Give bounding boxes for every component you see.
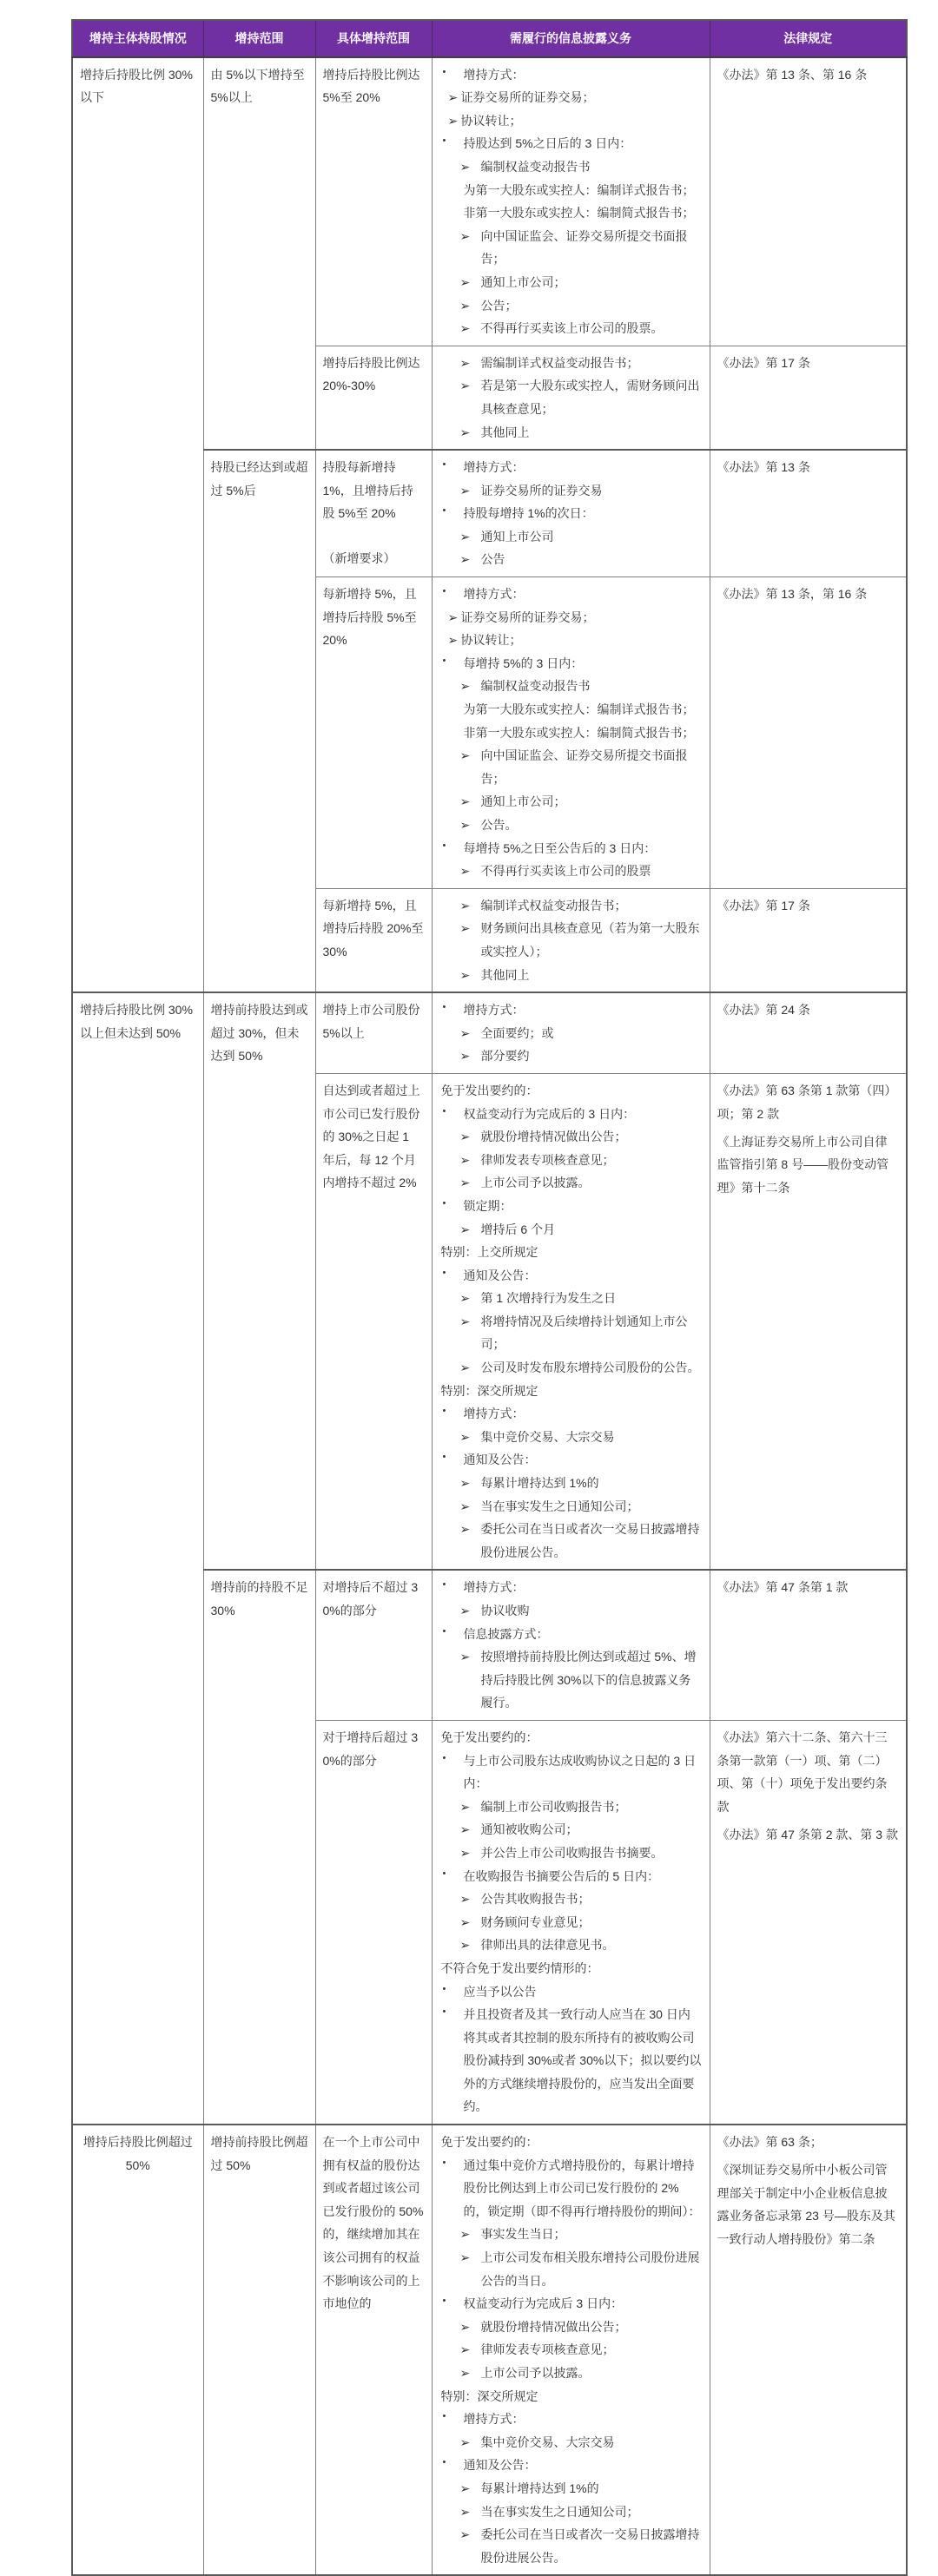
bullet-icon: • xyxy=(443,1576,464,1594)
obligation-line: ➢编制权益变动报告书 xyxy=(439,675,703,698)
obligation-line: •持股达到 5%之日后的 3 日内： xyxy=(439,132,703,155)
column-header-1: 增持主体持股情况 xyxy=(72,20,203,57)
obligation-line: •增持方式： xyxy=(439,1402,703,1426)
arrow-icon: ➢ xyxy=(460,1645,481,1669)
obligation-line: •权益变动行为完成后的 3 日内： xyxy=(439,1103,703,1126)
arrow-icon: ➢ xyxy=(460,1518,481,1541)
obligation-line: •信息披露方式： xyxy=(439,1623,703,1646)
arrow-icon: ➢ xyxy=(460,2431,481,2454)
arrow-icon: ➢ xyxy=(460,548,481,571)
obligation-text: 非第一大股东或实控人：编制简式报告书； xyxy=(464,721,703,745)
text-line: 自达到或者超过上市公司已发行股份的 30%之日起 1 年后，每 12 个月内增持… xyxy=(323,1079,425,1195)
bullet-icon: • xyxy=(443,1980,464,1999)
obligation-line: 为第一大股东或实控人：编制详式报告书； xyxy=(439,698,703,721)
obligation-text: 通知上市公司 xyxy=(481,525,703,549)
obligation-line: ➢编制详式权益变动报告书； xyxy=(439,894,703,918)
obligation-text: 编制上市公司收购报告书； xyxy=(481,1795,703,1819)
obligations-cell: •增持方式：➢证券交易所的证券交易•持股每增持 1%的次日：➢通知上市公司➢公告 xyxy=(432,450,710,576)
obligation-line: ➢通知上市公司 xyxy=(439,525,703,549)
text-line: 增持后持股比例达 20%-30% xyxy=(323,352,425,398)
obligation-line: •增持方式： xyxy=(439,998,703,1022)
arrow-icon: ➢ xyxy=(448,109,461,133)
arrow-icon: ➢ xyxy=(460,1599,481,1623)
specific-cell: 持股每新增持 1%，且增持后持股 5%至 20%（新增要求） xyxy=(315,450,432,576)
obligation-text: 当在事实发生之日通知公司； xyxy=(481,2500,703,2524)
specific-cell: 对于增持后超过 30%的部分 xyxy=(315,1720,432,2125)
obligations-cell: ➢需编制详式权益变动报告书；➢若是第一大股东或实控人，需财务顾问出具核查意见；➢… xyxy=(432,346,710,450)
arrow-icon: ➢ xyxy=(460,1149,481,1172)
obligation-text: 事实发生当日； xyxy=(481,2223,703,2246)
obligation-text: 通知及公告： xyxy=(464,1264,703,1288)
obligation-text: 持股达到 5%之日后的 3 日内： xyxy=(464,132,703,155)
obligation-line: ➢就股份增持情况做出公告； xyxy=(439,1125,703,1149)
obligation-text: 就股份增持情况做出公告； xyxy=(481,2316,703,2339)
bullet-icon: • xyxy=(443,1402,464,1420)
arrow-icon: ➢ xyxy=(460,317,481,340)
obligation-text: 向中国证监会、证券交易所提交书面报告； xyxy=(481,744,703,790)
header-row: 增持主体持股情况增持范围具体增持范围需履行的信息披露义务法律规定 xyxy=(72,20,907,57)
obligation-text: 通过集中竞价方式增持股份的，每累计增持股份比例达到上市公司已发行股份的 2%的，… xyxy=(464,2154,703,2224)
specific-cell: 在一个上市公司中拥有权益的股份达到或者超过该公司已发行股份的 50%的，继续增加… xyxy=(315,2125,432,2575)
law-text: 《办法》第 63 条； xyxy=(717,2131,900,2154)
obligation-line: ➢通知被收购公司； xyxy=(439,1818,703,1841)
obligation-line: 特别：深交所规定 xyxy=(439,2385,703,2408)
table-body: 增持后持股比例 30%以下由 5%以下增持至 5%以上增持后持股比例达 5%至 … xyxy=(72,57,907,2576)
bullet-icon: • xyxy=(443,583,464,601)
obligation-text: 委托公司在当日或者次一交易日披露增持股份进展公告。 xyxy=(481,1518,703,1564)
law-text: 《上海证券交易所上市公司自律监管指引第 8 号——股份变动管理》第十二条 xyxy=(717,1130,900,1200)
obligation-text: 证券交易所的证券交易； xyxy=(461,606,703,629)
bullet-icon: • xyxy=(443,2408,464,2426)
obligation-line: ➢集中竞价交易、大宗交易 xyxy=(439,1426,703,1449)
arrow-icon: ➢ xyxy=(460,1218,481,1242)
specific-cell: 自达到或者超过上市公司已发行股份的 30%之日起 1 年后，每 12 个月内增持… xyxy=(315,1073,432,1570)
text-line: 增持前的持股不足 30% xyxy=(211,1576,308,1622)
arrow-icon: ➢ xyxy=(460,225,481,248)
obligation-text: 集中竞价交易、大宗交易 xyxy=(481,1426,703,1449)
obligation-text: 应当予以公告 xyxy=(464,1980,703,2004)
law-text: 《办法》第 17 条 xyxy=(717,352,900,375)
law-text: 《办法》第 13 条，第 16 条 xyxy=(717,583,900,606)
arrow-icon: ➢ xyxy=(460,675,481,698)
bullet-icon: • xyxy=(443,456,464,474)
arrow-icon: ➢ xyxy=(460,2338,481,2362)
obligation-line: ➢证券交易所的证券交易 xyxy=(439,479,703,503)
obligation-line: ➢公告 xyxy=(439,548,703,571)
obligation-text: 其他同上 xyxy=(481,964,703,987)
arrow-icon: ➢ xyxy=(460,1472,481,1495)
obligation-line: ➢将增持情况及后续增持计划通知上市公司； xyxy=(439,1310,703,1356)
obligation-text: 公告。 xyxy=(481,814,703,837)
obligation-text: 免于发出要约的： xyxy=(441,2131,703,2154)
obligation-line: ➢编制权益变动报告书 xyxy=(439,155,703,179)
obligation-line: ➢律师出具的法律意见书。 xyxy=(439,1934,703,1957)
obligation-line: ➢委托公司在当日或者次一交易日披露增持股份进展公告。 xyxy=(439,1518,703,1564)
obligation-line: 为第一大股东或实控人：编制详式报告书； xyxy=(439,179,703,202)
arrow-icon: ➢ xyxy=(460,352,481,375)
law-text: 《办法》第 63 条第 1 款第（四）项；第 2 款 xyxy=(717,1079,900,1125)
law-text: 《办法》第 13 条 xyxy=(717,456,900,479)
obligation-line: ➢公告其收购报告书； xyxy=(439,1888,703,1911)
obligation-line: ➢其他同上 xyxy=(439,421,703,445)
obligation-line: •增持方式： xyxy=(439,583,703,606)
specific-cell: 增持上市公司股份 5%以上 xyxy=(315,992,432,1073)
obligation-text: 增持方式： xyxy=(464,583,703,606)
range-cell: 增持前持股比例超过 50% xyxy=(203,2125,315,2575)
law-text: 《深圳证券交易所中小板公司管理部关于制定中小企业板信息披露业务备忘录第 23 号… xyxy=(717,2158,900,2250)
arrow-icon: ➢ xyxy=(460,790,481,814)
obligation-text: 委托公司在当日或者次一交易日披露增持股份进展公告。 xyxy=(481,2523,703,2569)
obligation-line: •持股每增持 1%的次日： xyxy=(439,502,703,525)
obligation-line: 特别：深交所规定 xyxy=(439,1380,703,1403)
specific-cell: 增持后持股比例达 20%-30% xyxy=(315,346,432,450)
range-cell: 由 5%以下增持至 5%以上 xyxy=(203,57,315,451)
obligation-line: 不符合免于发出要约情形的： xyxy=(439,1957,703,1980)
obligations-cell: •增持方式：➢证券交易所的证券交易；➢协议转让；•持股达到 5%之日后的 3 日… xyxy=(432,57,710,346)
bullet-icon: • xyxy=(443,652,464,670)
law-text: 《办法》第 47 条第 1 款 xyxy=(717,1576,900,1599)
obligation-line: ➢若是第一大股东或实控人，需财务顾问出具核查意见； xyxy=(439,374,703,420)
text-line: 持股每新增持 1%，且增持后持股 5%至 20% xyxy=(323,456,425,525)
obligation-text: 非第一大股东或实控人：编制简式报告书； xyxy=(464,201,703,225)
obligation-line: ➢上市公司予以披露。 xyxy=(439,1171,703,1195)
bullet-icon: • xyxy=(443,2154,464,2172)
obligation-text: 财务顾问出具核查意见（若为第一大股东或实控人）； xyxy=(481,917,703,963)
arrow-icon: ➢ xyxy=(460,814,481,837)
obligation-text: 不得再行买卖该上市公司的股票 xyxy=(481,860,703,883)
table-row: 增持后持股比例超过 50%增持前持股比例超过 50%在一个上市公司中拥有权益的股… xyxy=(72,2125,907,2575)
obligation-text: 将增持情况及后续增持计划通知上市公司； xyxy=(481,1310,703,1356)
obligation-line: ➢财务顾问专业意见； xyxy=(439,1911,703,1934)
law-cell: 《办法》第 47 条第 1 款 xyxy=(710,1570,907,1720)
obligations-cell: 免于发出要约的：•权益变动行为完成后的 3 日内：➢就股份增持情况做出公告；➢律… xyxy=(432,1073,710,1570)
column-header-5: 法律规定 xyxy=(710,20,907,57)
text-line: 在一个上市公司中拥有权益的股份达到或者超过该公司已发行股份的 50%的，继续增加… xyxy=(323,2131,425,2316)
obligation-line: ➢公告。 xyxy=(439,814,703,837)
arrow-icon: ➢ xyxy=(460,2223,481,2246)
obligation-line: ➢律师发表专项核查意见； xyxy=(439,1149,703,1172)
law-cell: 《办法》第 13 条、第 16 条 xyxy=(710,57,907,346)
obligation-text: 免于发出要约的： xyxy=(441,1079,703,1103)
obligation-text: 增持后 6 个月 xyxy=(481,1218,703,1242)
obligation-text: 每增持 5%之日至公告后的 3 日内： xyxy=(464,837,703,860)
subject-cell: 增持后持股比例超过 50% xyxy=(72,2125,203,2575)
obligation-text: 每增持 5%的 3 日内： xyxy=(464,652,703,675)
bullet-icon: • xyxy=(443,1865,464,1883)
obligation-line: •并且投资者及其一致行动人应当在 30 日内将其或者其控制的股东所持有的被收购公… xyxy=(439,2003,703,2118)
obligation-line: •通过集中竞价方式增持股份的，每累计增持股份比例达到上市公司已发行股份的 2%的… xyxy=(439,2154,703,2224)
law-text: 《办法》第 17 条 xyxy=(717,894,900,918)
obligation-line: 免于发出要约的： xyxy=(439,1726,703,1749)
obligation-line: •增持方式： xyxy=(439,63,703,87)
bullet-icon: • xyxy=(443,2292,464,2310)
obligation-line: •增持方式： xyxy=(439,1576,703,1599)
law-cell: 《办法》第 63 条第 1 款第（四）项；第 2 款《上海证券交易所上市公司自律… xyxy=(710,1073,907,1570)
obligation-text: 权益变动行为完成后的 3 日内： xyxy=(464,1103,703,1126)
table-row: 增持后持股比例 30%以下由 5%以下增持至 5%以上增持后持股比例达 5%至 … xyxy=(72,57,907,346)
arrow-icon: ➢ xyxy=(460,2316,481,2339)
law-cell: 《办法》第六十二条、第六十三条第一款第（一）项、第（二）项、第（十）项免于发出要… xyxy=(710,1720,907,2125)
obligation-text: 律师发表专项核查意见； xyxy=(481,2338,703,2362)
obligation-text: 上市公司予以披露。 xyxy=(481,2362,703,2385)
table-row: 增持后持股比例 30%以上但未达到 50%增持前持股达到或超过 30%，但未达到… xyxy=(72,992,907,1073)
obligation-text: 公司及时发布股东增持公司股份的公告。 xyxy=(481,1356,703,1380)
arrow-icon: ➢ xyxy=(460,2246,481,2270)
obligation-text: 在收购报告书摘要公告后的 5 日内： xyxy=(464,1865,703,1888)
obligation-line: •锁定期： xyxy=(439,1195,703,1218)
obligation-text: 若是第一大股东或实控人，需财务顾问出具核查意见； xyxy=(481,374,703,420)
text-line: 增持前持股比例超过 50% xyxy=(211,2131,308,2177)
obligation-line: ➢就股份增持情况做出公告； xyxy=(439,2316,703,2339)
specific-cell: 每新增持 5%，且增持后持股 20%至 30% xyxy=(315,888,432,992)
arrow-icon: ➢ xyxy=(460,1841,481,1865)
obligations-cell: •增持方式：➢协议收购•信息披露方式：➢按照增持前持股比例达到或超过 5%、增持… xyxy=(432,1570,710,1720)
obligation-line: 非第一大股东或实控人：编制简式报告书； xyxy=(439,721,703,745)
page: 增持主体持股情况增持范围具体增持范围需履行的信息披露义务法律规定 增持后持股比例… xyxy=(0,0,938,2475)
obligation-line: •在收购报告书摘要公告后的 5 日内： xyxy=(439,1865,703,1888)
obligation-text: 向中国证监会、证券交易所提交书面报告； xyxy=(481,225,703,271)
law-cell: 《办法》第 17 条 xyxy=(710,346,907,450)
text-line: 增持后持股比例达 5%至 20% xyxy=(323,63,425,109)
obligation-text: 集中竞价交易、大宗交易 xyxy=(481,2431,703,2454)
obligations-cell: ➢编制详式权益变动报告书；➢财务顾问出具核查意见（若为第一大股东或实控人）；➢其… xyxy=(432,888,710,992)
obligation-text: 编制权益变动报告书 xyxy=(481,155,703,179)
obligation-text: 编制权益变动报告书 xyxy=(481,675,703,698)
arrow-icon: ➢ xyxy=(460,294,481,318)
obligation-line: ➢不得再行买卖该上市公司的股票 xyxy=(439,860,703,883)
arrow-icon: ➢ xyxy=(460,1310,481,1334)
arrow-icon: ➢ xyxy=(460,1911,481,1934)
obligation-text: 与上市公司股东达成收购协议之日起的 3 日内： xyxy=(464,1749,703,1795)
obligation-line: 免于发出要约的： xyxy=(439,1079,703,1103)
subject-cell: 增持后持股比例 30%以下 xyxy=(72,57,203,993)
obligation-text: 并公告上市公司收购报告书摘要。 xyxy=(481,1841,703,1865)
obligation-text: 不得再行买卖该上市公司的股票。 xyxy=(481,317,703,340)
arrow-icon: ➢ xyxy=(460,2523,481,2546)
text-line: 持股已经达到或超过 5%后 xyxy=(211,456,308,502)
arrow-icon: ➢ xyxy=(460,155,481,179)
obligation-text: 并且投资者及其一致行动人应当在 30 日内将其或者其控制的股东所持有的被收购公司… xyxy=(464,2003,703,2118)
obligation-line: ➢上市公司发布相关股东增持公司股份进展公告的当日。 xyxy=(439,2246,703,2292)
obligation-line: ➢需编制详式权益变动报告书； xyxy=(439,352,703,375)
obligation-text: 证券交易所的证券交易 xyxy=(481,479,703,503)
column-header-4: 需履行的信息披露义务 xyxy=(432,20,710,57)
column-header-3: 具体增持范围 xyxy=(315,20,432,57)
arrow-icon: ➢ xyxy=(460,374,481,398)
obligation-line: ➢第 1 次增持行为发生之日 xyxy=(439,1287,703,1310)
bullet-icon: • xyxy=(443,1448,464,1466)
obligation-line: •通知及公告： xyxy=(439,2454,703,2477)
obligation-text: 增持方式： xyxy=(464,1402,703,1426)
arrow-icon: ➢ xyxy=(460,421,481,445)
specific-cell: 对增持后不超过 30%的部分 xyxy=(315,1570,432,1720)
obligation-text: 增持方式： xyxy=(464,998,703,1022)
bullet-icon: • xyxy=(443,2003,464,2021)
bullet-icon: • xyxy=(443,2454,464,2472)
obligation-text: 当在事实发生之日通知公司； xyxy=(481,1495,703,1519)
bullet-icon: • xyxy=(443,502,464,520)
obligation-text: 每累计增持达到 1%的 xyxy=(481,2477,703,2500)
obligation-text: 增持方式： xyxy=(464,2408,703,2431)
obligation-text: 不符合免于发出要约情形的： xyxy=(441,1957,703,1980)
obligation-line: ➢证券交易所的证券交易； xyxy=(439,606,703,629)
specific-cell: 每新增持 5%，且增持后持股 5%至 20% xyxy=(315,577,432,889)
obligation-text: 信息披露方式： xyxy=(464,1623,703,1646)
arrow-icon: ➢ xyxy=(460,1125,481,1149)
text-line: 对于增持后超过 30%的部分 xyxy=(323,1726,425,1772)
text-line: 增持上市公司股份 5%以上 xyxy=(323,998,425,1044)
arrow-icon: ➢ xyxy=(460,1287,481,1310)
obligation-line: •通知及公告： xyxy=(439,1448,703,1472)
obligation-text: 协议转让； xyxy=(461,629,703,652)
text-line: 对增持后不超过 30%的部分 xyxy=(323,1576,425,1622)
obligation-text: 部分要约 xyxy=(481,1044,703,1068)
obligation-text: 上市公司发布相关股东增持公司股份进展公告的当日。 xyxy=(481,2246,703,2292)
obligation-text: 持股每增持 1%的次日： xyxy=(464,502,703,525)
bullet-icon: • xyxy=(443,1749,464,1768)
arrow-icon: ➢ xyxy=(460,525,481,549)
arrow-icon: ➢ xyxy=(460,2477,481,2500)
obligation-line: ➢按照增持前持股比例达到或超过 5%、增持后持股比例 30%以下的信息披露义务履… xyxy=(439,1645,703,1715)
obligation-text: 就股份增持情况做出公告； xyxy=(481,1125,703,1149)
obligation-text: 权益变动行为完成后 3 日内： xyxy=(464,2292,703,2316)
obligation-text: 协议转让； xyxy=(461,109,703,133)
obligation-text: 编制详式权益变动报告书； xyxy=(481,894,703,918)
obligation-line: ➢通知上市公司； xyxy=(439,790,703,814)
obligation-text: 公告其收购报告书； xyxy=(481,1888,703,1911)
arrow-icon: ➢ xyxy=(448,606,461,629)
obligation-line: ➢委托公司在当日或者次一交易日披露增持股份进展公告。 xyxy=(439,2523,703,2569)
obligation-text: 特别：深交所规定 xyxy=(441,2385,703,2408)
obligation-line: ➢不得再行买卖该上市公司的股票。 xyxy=(439,317,703,340)
obligation-line: ➢当在事实发生之日通知公司； xyxy=(439,2500,703,2524)
obligation-line: •增持方式： xyxy=(439,2408,703,2431)
obligation-line: ➢增持后 6 个月 xyxy=(439,1218,703,1242)
obligations-cell: •增持方式：➢全面要约；或➢部分要约 xyxy=(432,992,710,1073)
text-line: 增持后持股比例超过 50% xyxy=(80,2131,196,2177)
arrow-icon: ➢ xyxy=(460,1495,481,1519)
arrow-icon: ➢ xyxy=(460,1044,481,1068)
obligation-line: ➢协议收购 xyxy=(439,1599,703,1623)
law-text: 《办法》第 24 条 xyxy=(717,998,900,1022)
arrow-icon: ➢ xyxy=(460,860,481,883)
obligation-text: 特别：深交所规定 xyxy=(441,1380,703,1403)
obligation-text: 特别：上交所规定 xyxy=(441,1241,703,1264)
obligation-text: 第 1 次增持行为发生之日 xyxy=(481,1287,703,1310)
law-cell: 《办法》第 13 条 xyxy=(710,450,907,576)
obligation-line: ➢集中竞价交易、大宗交易 xyxy=(439,2431,703,2454)
obligation-text: 公告； xyxy=(481,294,703,318)
obligation-line: •与上市公司股东达成收购协议之日起的 3 日内： xyxy=(439,1749,703,1795)
obligation-text: 财务顾问专业意见； xyxy=(481,1911,703,1934)
bullet-icon: • xyxy=(443,998,464,1017)
obligation-text: 上市公司予以披露。 xyxy=(481,1171,703,1195)
obligation-line: •每增持 5%之日至公告后的 3 日内： xyxy=(439,837,703,860)
text-line: 增持后持股比例 30%以下 xyxy=(80,63,196,109)
text-line: （新增要求） xyxy=(323,547,425,570)
law-text: 《办法》第六十二条、第六十三条第一款第（一）项、第（二）项、第（十）项免于发出要… xyxy=(717,1726,900,1818)
obligation-text: 全面要约；或 xyxy=(481,1022,703,1045)
bullet-icon: • xyxy=(443,1195,464,1213)
disclosure-table: 增持主体持股情况增持范围具体增持范围需履行的信息披露义务法律规定 增持后持股比例… xyxy=(71,19,908,2576)
arrow-icon: ➢ xyxy=(460,1022,481,1045)
law-cell: 《办法》第 17 条 xyxy=(710,888,907,992)
law-text: 《办法》第 13 条、第 16 条 xyxy=(717,63,900,87)
arrow-icon: ➢ xyxy=(448,86,461,109)
arrow-icon: ➢ xyxy=(460,1934,481,1957)
obligation-line: ➢律师发表专项核查意见； xyxy=(439,2338,703,2362)
obligation-text: 为第一大股东或实控人：编制详式报告书； xyxy=(464,698,703,721)
obligation-text: 协议收购 xyxy=(481,1599,703,1623)
arrow-icon: ➢ xyxy=(460,744,481,768)
obligation-text: 通知上市公司； xyxy=(481,790,703,814)
obligation-line: •增持方式： xyxy=(439,456,703,479)
obligation-text: 通知上市公司； xyxy=(481,271,703,294)
law-text: 《办法》第 47 条第 2 款、第 3 款 xyxy=(717,1823,900,1847)
arrow-icon: ➢ xyxy=(460,271,481,294)
obligation-text: 增持方式： xyxy=(464,63,703,87)
obligation-line: ➢证券交易所的证券交易； xyxy=(439,86,703,109)
obligation-text: 按照增持前持股比例达到或超过 5%、增持后持股比例 30%以下的信息披露义务履行… xyxy=(481,1645,703,1715)
obligation-text: 律师出具的法律意见书。 xyxy=(481,1934,703,1957)
obligation-line: ➢协议转让； xyxy=(439,109,703,133)
obligation-text: 其他同上 xyxy=(481,421,703,445)
bullet-icon: • xyxy=(443,63,464,82)
obligation-line: ➢其他同上 xyxy=(439,964,703,987)
obligation-text: 为第一大股东或实控人：编制详式报告书； xyxy=(464,179,703,202)
obligation-line: •每增持 5%的 3 日内： xyxy=(439,652,703,675)
obligation-text: 增持方式： xyxy=(464,456,703,479)
obligation-line: ➢协议转让； xyxy=(439,629,703,652)
bullet-icon: • xyxy=(443,837,464,855)
arrow-icon: ➢ xyxy=(460,1818,481,1841)
law-cell: 《办法》第 13 条，第 16 条 xyxy=(710,577,907,889)
obligation-line: ➢上市公司予以披露。 xyxy=(439,2362,703,2385)
text-line: 由 5%以下增持至 5%以上 xyxy=(211,63,308,109)
bullet-icon: • xyxy=(443,132,464,150)
bullet-icon: • xyxy=(443,1623,464,1641)
obligation-line: ➢部分要约 xyxy=(439,1044,703,1068)
bullet-icon: • xyxy=(443,1103,464,1121)
obligation-line: ➢全面要约；或 xyxy=(439,1022,703,1045)
obligation-line: •通知及公告： xyxy=(439,1264,703,1288)
text-line: 每新增持 5%，且增持后持股 5%至 20% xyxy=(323,583,425,652)
obligation-line: ➢向中国证监会、证券交易所提交书面报告； xyxy=(439,225,703,271)
arrow-icon: ➢ xyxy=(460,1888,481,1911)
specific-cell: 增持后持股比例达 5%至 20% xyxy=(315,57,432,346)
arrow-icon: ➢ xyxy=(460,1356,481,1380)
arrow-icon: ➢ xyxy=(460,894,481,918)
obligation-text: 每累计增持达到 1%的 xyxy=(481,1472,703,1495)
bullet-icon: • xyxy=(443,1264,464,1282)
obligation-text: 证券交易所的证券交易； xyxy=(461,86,703,109)
text-line: 每新增持 5%，且增持后持股 20%至 30% xyxy=(323,894,425,964)
obligation-line: ➢公告； xyxy=(439,294,703,318)
obligation-line: ➢编制上市公司收购报告书； xyxy=(439,1795,703,1819)
arrow-icon: ➢ xyxy=(460,479,481,503)
law-cell: 《办法》第 24 条 xyxy=(710,992,907,1073)
subject-cell: 增持后持股比例 30%以上但未达到 50% xyxy=(72,992,203,2125)
column-header-2: 增持范围 xyxy=(203,20,315,57)
text-line: 增持前持股达到或超过 30%，但未达到 50% xyxy=(211,998,308,1068)
obligations-cell: 免于发出要约的：•与上市公司股东达成收购协议之日起的 3 日内：➢编制上市公司收… xyxy=(432,1720,710,2125)
obligation-line: ➢财务顾问出具核查意见（若为第一大股东或实控人）； xyxy=(439,917,703,963)
arrow-icon: ➢ xyxy=(460,2362,481,2385)
obligation-text: 通知及公告： xyxy=(464,1448,703,1472)
obligation-text: 律师发表专项核查意见； xyxy=(481,1149,703,1172)
obligation-text: 增持方式： xyxy=(464,1576,703,1599)
table-header: 增持主体持股情况增持范围具体增持范围需履行的信息披露义务法律规定 xyxy=(72,20,907,57)
